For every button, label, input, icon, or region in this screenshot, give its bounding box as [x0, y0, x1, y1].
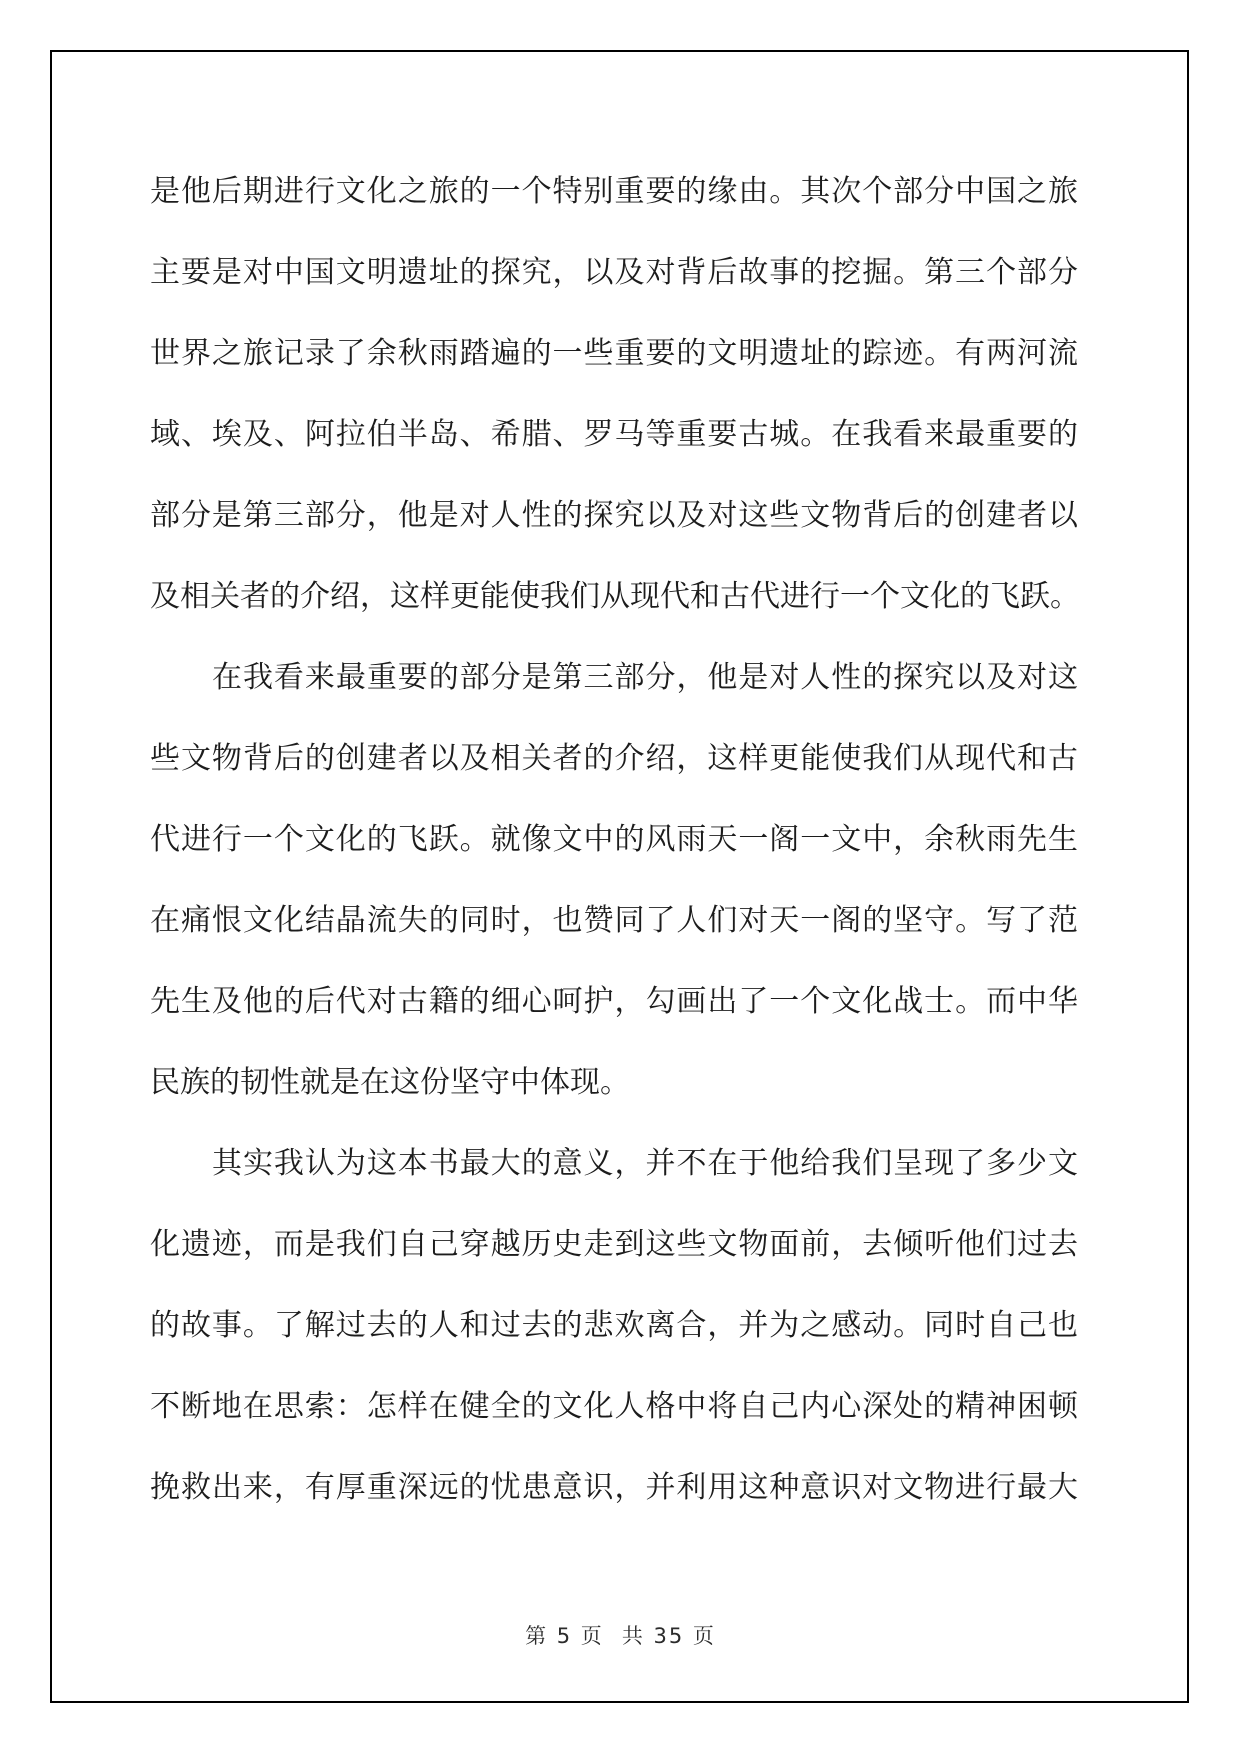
body-text-line: 代进行一个文化的飞跃。就像文中的风雨天一阁一文中，余秋雨先生 [150, 799, 1078, 880]
body-text-line: 及相关者的介绍，这样更能使我们从现代和古代进行一个文化的飞跃。 [150, 556, 1078, 637]
body-text-line: 是他后期进行文化之旅的一个特别重要的缘由。其次个部分中国之旅 [150, 151, 1078, 232]
body-text-line: 在痛恨文化结晶流失的同时，也赞同了人们对天一阁的坚守。写了范 [150, 880, 1078, 961]
footer-page-number: 第 5 页 [525, 1624, 604, 1648]
body-text-line: 些文物背后的创建者以及相关者的介绍，这样更能使我们从现代和古 [150, 718, 1078, 799]
body-text-line: 世界之旅记录了余秋雨踏遍的一些重要的文明遗址的踪迹。有两河流 [150, 313, 1078, 394]
body-text-line: 的故事。了解过去的人和过去的悲欢离合，并为之感动。同时自己也 [150, 1285, 1078, 1366]
body-text-line: 域、埃及、阿拉伯半岛、希腊、罗马等重要古城。在我看来最重要的 [150, 394, 1078, 475]
footer-page-total: 共 35 页 [622, 1624, 716, 1648]
body-text-line: 主要是对中国文明遗址的探究，以及对背后故事的挖掘。第三个部分 [150, 232, 1078, 313]
page-footer: 第 5 页共 35 页 [52, 1620, 1189, 1650]
body-text-line: 民族的韧性就是在这份坚守中体现。 [150, 1042, 1078, 1123]
body-text-line: 部分是第三部分，他是对人性的探究以及对这些文物背后的创建者以 [150, 475, 1078, 556]
body-text-line: 其实我认为这本书最大的意义，并不在于他给我们呈现了多少文 [150, 1123, 1078, 1204]
body-text-line: 在我看来最重要的部分是第三部分，他是对人性的探究以及对这 [150, 637, 1078, 718]
body-text-line: 化遗迹，而是我们自己穿越历史走到这些文物面前，去倾听他们过去 [150, 1204, 1078, 1285]
body-text-line: 先生及他的后代对古籍的细心呵护，勾画出了一个文化战士。而中华 [150, 961, 1078, 1042]
body-text-line: 不断地在思索：怎样在健全的文化人格中将自己内心深处的精神困顿 [150, 1366, 1078, 1447]
document-body: 是他后期进行文化之旅的一个特别重要的缘由。其次个部分中国之旅主要是对中国文明遗址… [150, 151, 1078, 1528]
body-text-line: 挽救出来，有厚重深远的忧患意识，并利用这种意识对文物进行最大 [150, 1447, 1078, 1528]
